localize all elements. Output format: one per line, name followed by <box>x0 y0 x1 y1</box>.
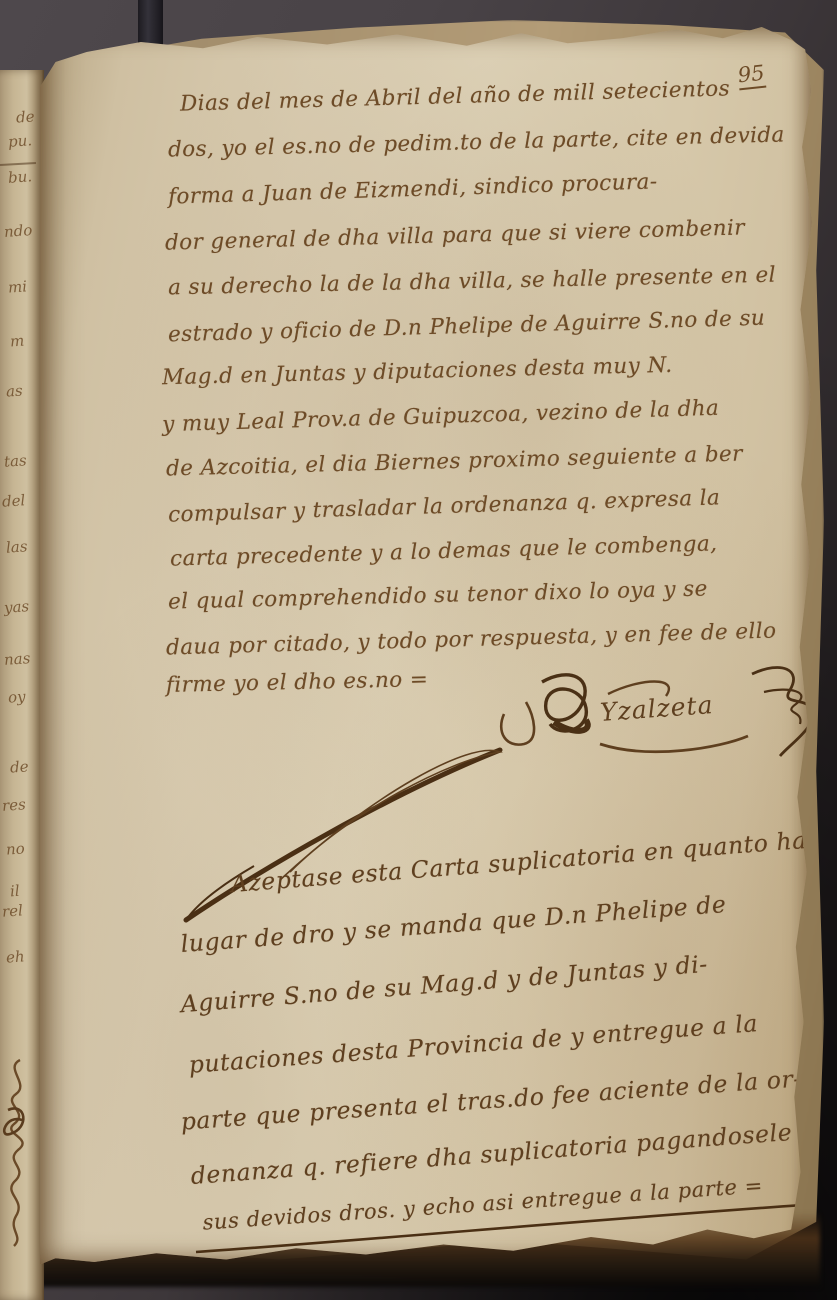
margin-fragment: res <box>1 795 26 815</box>
margin-fragment: oy <box>7 687 26 706</box>
margin-fragment: de <box>9 757 29 776</box>
margin-fragment: las <box>5 537 28 556</box>
margin-fragment: nas <box>3 649 31 669</box>
margin-fragment: as <box>5 381 23 400</box>
margin-fragment: eh <box>5 947 25 966</box>
margin-fragment: ndo <box>3 221 32 241</box>
margin-fragment: bu. <box>7 167 32 187</box>
margin-fragment: pu. <box>7 131 32 151</box>
margin-fragment: de <box>15 107 35 126</box>
margin-fragment: del <box>1 491 25 511</box>
signature-rubric-flourish <box>490 652 830 782</box>
margin-fragment: tas <box>3 451 27 471</box>
margin-fragment: mi <box>7 277 27 296</box>
margin-fragment: no <box>5 839 25 858</box>
previous-page-ruled-line <box>0 162 36 166</box>
photograph-of-manuscript: de pu. bu. ndo mi m as tas del las yas n… <box>0 0 837 1300</box>
previous-page-edge: de pu. bu. ndo mi m as tas del las yas n… <box>0 70 44 1300</box>
folio-number: 95 <box>737 61 766 91</box>
manuscript-page: 95 Dias del mes de Abril del año de mill… <box>40 22 816 1272</box>
opening-stroke-flourish <box>170 712 530 932</box>
margin-fragment: m <box>9 332 24 351</box>
margin-scribble-rubric <box>0 1050 44 1250</box>
margin-fragment: rel <box>1 901 23 920</box>
margin-fragment: il <box>9 882 20 901</box>
margin-fragment: yas <box>3 597 29 617</box>
